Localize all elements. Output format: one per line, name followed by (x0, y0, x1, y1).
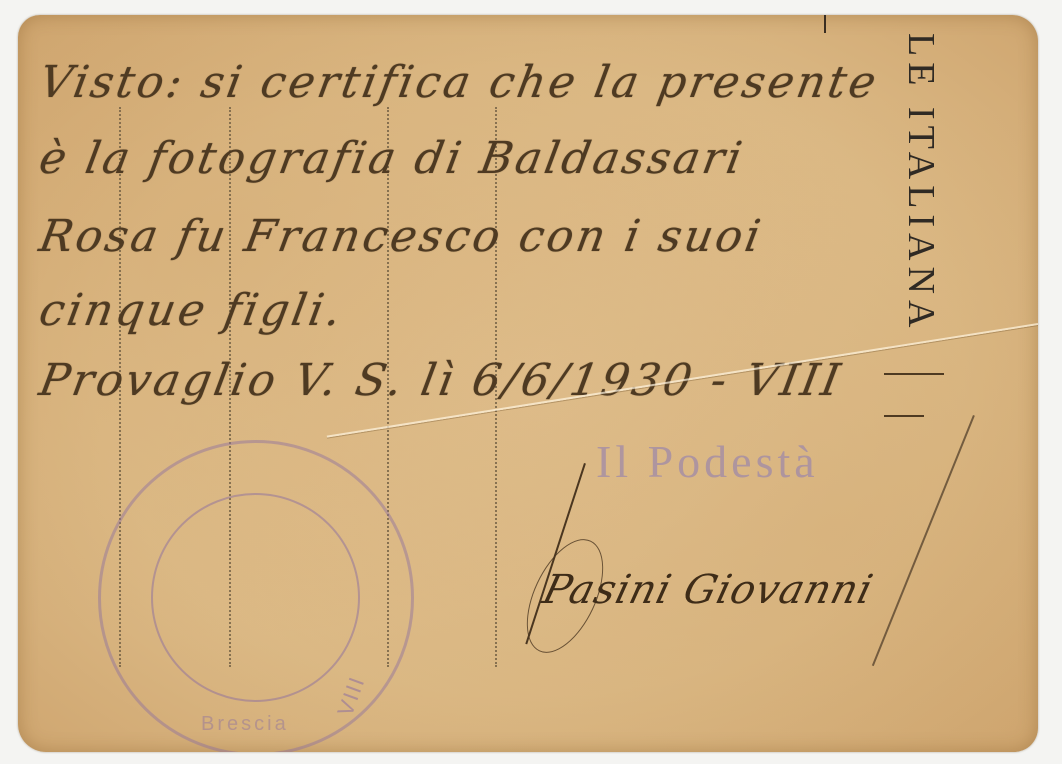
handwritten-date-line: Provaglio V. S. lì 6/6/1930 - VIII (36, 355, 847, 406)
roman-numeral-overline (884, 373, 944, 375)
stamp-side-text: VIII (332, 672, 370, 719)
handwritten-line-3: Rosa fu Francesco con i suoi (36, 211, 768, 262)
printed-header-vertical: LE ITALIANA (902, 33, 940, 333)
handwritten-line-1: Visto: si certifica che la presente (36, 57, 883, 108)
handwritten-line-2: è la fotografia di Baldassari (36, 133, 749, 184)
postcard: LE ITALIANA VIII Brescia Visto: si certi… (18, 15, 1038, 752)
signature: Pasini Giovanni (538, 567, 878, 613)
diagonal-pen-line (872, 415, 975, 666)
stamp-bottom-text: Brescia (201, 713, 289, 736)
printed-tick-mark (824, 15, 826, 33)
podesta-stamp: Il Podestà (596, 435, 819, 488)
handwritten-line-4: cinque figli. (36, 285, 348, 336)
roman-numeral-underline (884, 415, 924, 417)
stamp-inner-ring (151, 493, 360, 702)
round-official-stamp: VIII Brescia (98, 440, 414, 752)
